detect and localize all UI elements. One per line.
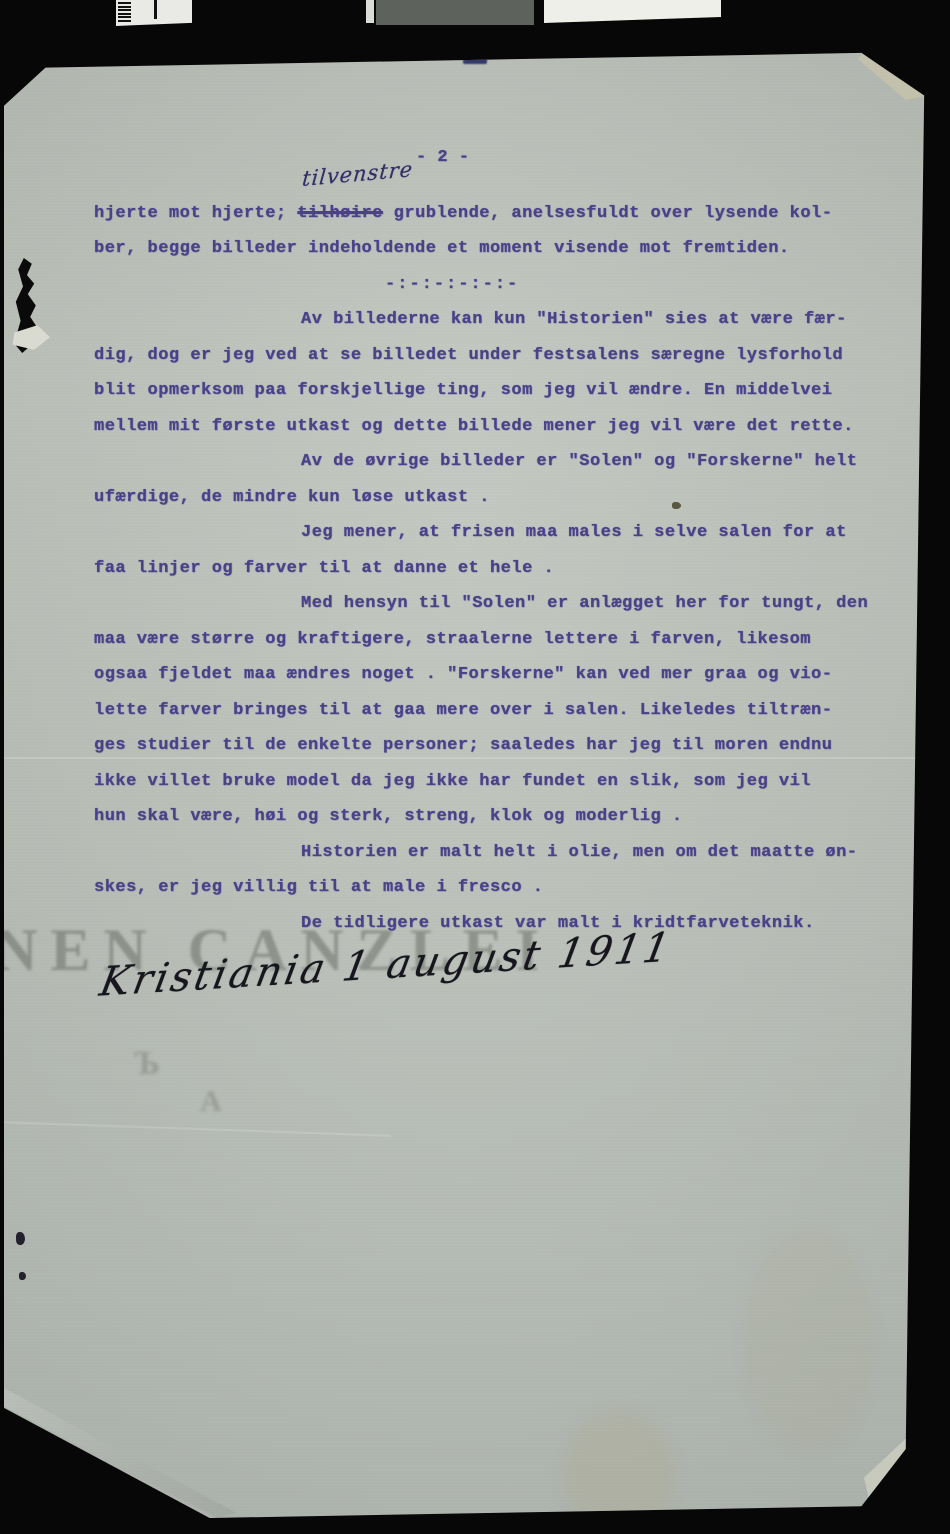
ink-speck bbox=[16, 1232, 25, 1245]
typed-line: mellem mit første utkast og dette billed… bbox=[94, 409, 878, 445]
typed-line: Jeg mener, at frisen maa males i selve s… bbox=[94, 515, 878, 551]
struck-word: tilhøire bbox=[297, 204, 383, 223]
calibration-ruler bbox=[116, 0, 192, 26]
typed-line: Av billederne kan kun "Historien" sies a… bbox=[94, 302, 878, 338]
line-text: grublende, anelsesfuldt over lysende kol… bbox=[383, 204, 832, 223]
typed-line: ber, begge billeder indeholdende et mome… bbox=[94, 231, 878, 267]
typed-line: ufærdige, de mindre kun løse utkast . bbox=[94, 480, 878, 516]
paper-sheet: NEN CANZLEI Ъ A - 2 - tilvenstre hjerte … bbox=[4, 50, 926, 1518]
typed-line: blit opmerksom paa forskjellige ting, so… bbox=[94, 373, 878, 409]
page-number: - 2 - bbox=[94, 140, 878, 176]
typed-line: Historien er malt helt i olie, men om de… bbox=[94, 835, 878, 871]
calibration-gray-patch bbox=[376, 0, 534, 25]
corner-crease-bottom-left bbox=[4, 1388, 236, 1518]
line-text: hjerte mot hjerte; bbox=[94, 204, 297, 223]
typed-line: faa linjer og farver til at danne et hel… bbox=[94, 551, 878, 587]
calibration-white-patch bbox=[544, 0, 721, 23]
corner-fold-top-right bbox=[858, 50, 926, 100]
letter-body: - 2 - tilvenstre hjerte mot hjerte; tilh… bbox=[94, 140, 878, 941]
typed-line: Av de øvrige billeder er "Solen" og "For… bbox=[94, 444, 878, 480]
bleedthrough-mark: Ъ bbox=[134, 1045, 160, 1083]
typed-line: skes, er jeg villig til at male i fresco… bbox=[94, 870, 878, 906]
typed-line: maa være større og kraftigere, straalern… bbox=[94, 622, 878, 658]
ruler-mark bbox=[154, 0, 157, 19]
section-separator: -:-:-:-:-:- bbox=[94, 267, 878, 303]
corner-fold-bottom-right bbox=[864, 1438, 914, 1510]
typed-line: hun skal være, høi og sterk, streng, klo… bbox=[94, 799, 878, 835]
ink-mark-top bbox=[463, 56, 487, 64]
typed-line: hjerte mot hjerte; tilhøire grublende, a… bbox=[94, 196, 878, 232]
paper-stain bbox=[564, 1410, 674, 1534]
paper-tear-flap bbox=[11, 324, 51, 352]
archival-scan: NEN CANZLEI Ъ A - 2 - tilvenstre hjerte … bbox=[0, 0, 950, 1534]
typed-line: ikke villet bruke model da jeg ikke har … bbox=[94, 764, 878, 800]
typed-line: lette farver bringes til at gaa mere ove… bbox=[94, 693, 878, 729]
ink-blot bbox=[102, 1489, 128, 1516]
bleedthrough-mark: A bbox=[200, 1085, 222, 1119]
horizontal-crease bbox=[4, 1121, 391, 1137]
typed-line: Med hensyn til "Solen" er anlægget her f… bbox=[94, 586, 878, 622]
typed-line: ogsaa fjeldet maa ændres noget . "Forske… bbox=[94, 657, 878, 693]
typed-line: ges studier til de enkelte personer; saa… bbox=[94, 728, 878, 764]
paper-stain bbox=[744, 1230, 874, 1450]
calibration-white-sliver bbox=[366, 0, 374, 23]
ink-speck bbox=[19, 1272, 26, 1280]
typed-line: dig, dog er jeg ved at se billedet under… bbox=[94, 338, 878, 374]
